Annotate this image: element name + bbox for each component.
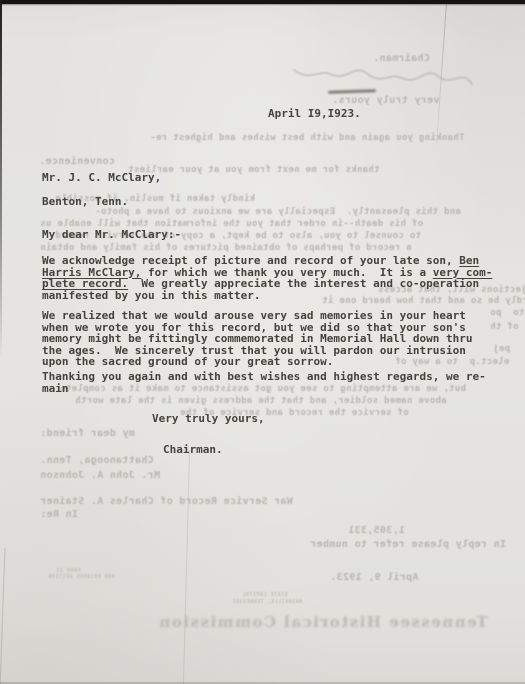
bleed-through-text: a record of perhaps of obtained pictures… bbox=[40, 243, 412, 253]
letter-paragraph-2: We realized that we would arouse very sa… bbox=[42, 310, 472, 368]
bleed-through-text: pej bbox=[493, 344, 510, 354]
recipient-address: Benton, Tenn. bbox=[42, 196, 128, 208]
bleed-through-text: NASHVILLE, TENNESSEE bbox=[232, 599, 302, 605]
bleed-through-text: Mr. John A. Johnson bbox=[40, 470, 160, 481]
bleed-through-text: War Service Record of Charles A. Stainer bbox=[40, 496, 293, 507]
letter-closing: Very truly yours, bbox=[152, 413, 265, 425]
recipient-name: Mr. J. C. McClary, bbox=[42, 172, 161, 184]
bleed-through-text: thanks for me next from you at your earl… bbox=[128, 165, 380, 175]
bleed-through-text: to po bbox=[490, 308, 524, 318]
letter-line: main bbox=[42, 383, 486, 395]
letter-line: manifested by you in this matter. bbox=[42, 290, 492, 302]
bleed-through-text: and this pleasantly. Especially are we a… bbox=[95, 207, 461, 217]
scan-edge-left bbox=[0, 0, 2, 360]
bleed-through-text: WAR RECORDS SECTION bbox=[48, 574, 115, 580]
letter-salutation: My dear Mr. McClary:- bbox=[42, 229, 181, 241]
letter-line: upon the sacred ground of your great sor… bbox=[42, 356, 472, 368]
bleed-through-text: Tennessee Historical Commission bbox=[158, 613, 488, 631]
bleed-through-text: very truly yours. bbox=[332, 95, 439, 106]
letter-line: Thanking you again and with best wishes … bbox=[42, 371, 486, 383]
ink-smudge bbox=[328, 89, 376, 94]
signature-title: Chairman. bbox=[163, 444, 223, 456]
bleed-through-text: Thanking you again and with best wishes … bbox=[150, 133, 465, 143]
bleed-through-text: April 9, 1923. bbox=[330, 572, 419, 583]
bleed-through-text: In reply please refer to number bbox=[310, 539, 506, 550]
scanned-letter-page: Chairman.very truly yours.Thanking you a… bbox=[0, 0, 525, 684]
bleed-through-text: of th bbox=[490, 322, 519, 332]
crease-line-bottom bbox=[183, 450, 190, 684]
bleed-through-text: 1,305,331 bbox=[348, 525, 405, 536]
ghost-signature-icon bbox=[288, 62, 478, 92]
bleed-through-text: Chattanooga, Tenn. bbox=[40, 455, 154, 466]
letter-paragraph-3: Thanking you again and with best wishes … bbox=[42, 371, 486, 394]
bleed-through-text: my dear friend: bbox=[40, 428, 135, 439]
letter-paragraph-1: We acknowledge receipt of picture and re… bbox=[42, 255, 492, 301]
bleed-through-text: above named soldier, and that the addres… bbox=[75, 396, 447, 406]
bleed-through-text: In Re: bbox=[40, 509, 78, 520]
letter-date: April I9,I923. bbox=[268, 108, 361, 120]
bleed-through-text: STATE CAPITOL bbox=[242, 592, 288, 598]
paper-edge-line bbox=[0, 548, 5, 684]
bleed-through-text: convenience. bbox=[39, 156, 115, 167]
